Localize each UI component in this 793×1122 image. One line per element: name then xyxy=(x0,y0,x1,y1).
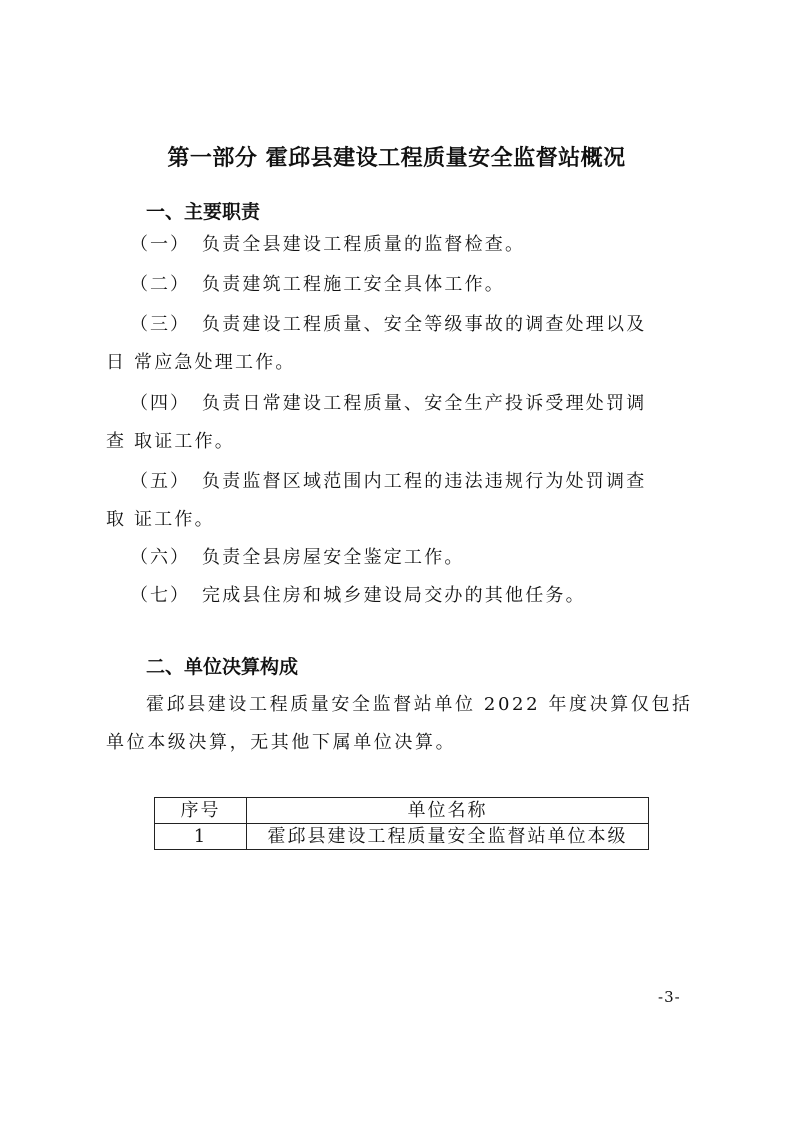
duty-item-6: （六）负责全县房屋安全鉴定工作。 xyxy=(130,543,465,573)
table-row: 1 霍邱县建设工程质量安全监督站单位本级 xyxy=(155,824,649,850)
duty-item-text: 负责全县房屋安全鉴定工作。 xyxy=(202,547,465,568)
section-heading-budget-composition: 二、单位决算构成 xyxy=(146,652,298,682)
page-number: -3- xyxy=(658,988,681,1006)
budget-paragraph-line-1: 霍邱县建设工程质量安全监督站单位 2022 年度决算仅包括 xyxy=(146,690,693,720)
duty-item-text: 负责监督区域范围内工程的违法违规行为处罚调查 xyxy=(202,471,646,492)
section-heading-main-duties: 一、主要职责 xyxy=(146,197,260,227)
duty-item-text: 负责全县建设工程质量的监督检查。 xyxy=(202,234,525,255)
duty-item-number: （二） xyxy=(130,270,202,300)
duty-item-7: （七）完成县住房和城乡建设局交办的其他任务。 xyxy=(130,581,586,611)
duty-item-5-continuation: 取证工作。 xyxy=(106,505,215,535)
column-header-index: 序号 xyxy=(155,798,247,824)
page-title: 第一部分 霍邱县建设工程质量安全监督站概况 xyxy=(0,142,793,176)
duty-item-number: （三） xyxy=(130,310,202,340)
duty-item-number: （五） xyxy=(130,467,202,497)
column-header-unit-name: 单位名称 xyxy=(247,798,649,824)
duty-item-number: （七） xyxy=(130,581,202,611)
duty-item-text: 完成县住房和城乡建设局交办的其他任务。 xyxy=(202,585,586,606)
units-table: 序号 单位名称 1 霍邱县建设工程质量安全监督站单位本级 xyxy=(154,797,649,850)
duty-item-4: （四）负责日常建设工程质量、安全生产投诉受理处罚调 xyxy=(130,389,646,419)
budget-paragraph-line-2: 单位本级决算，无其他下属单位决算。 xyxy=(106,728,456,758)
table-cell-unit-name: 霍邱县建设工程质量安全监督站单位本级 xyxy=(247,824,649,850)
duty-item-5: （五）负责监督区域范围内工程的违法违规行为处罚调查 xyxy=(130,467,646,497)
duty-item-4-continuation: 查取证工作。 xyxy=(106,427,235,457)
duty-item-3: （三）负责建设工程质量、安全等级事故的调查处理以及 xyxy=(130,310,646,340)
table-cell-index: 1 xyxy=(155,824,247,850)
table-header-row: 序号 单位名称 xyxy=(155,798,649,824)
duty-item-text: 负责建设工程质量、安全等级事故的调查处理以及 xyxy=(202,314,646,335)
duty-item-text: 负责建筑工程施工安全具体工作。 xyxy=(202,274,505,295)
duty-item-3-continuation: 日常应急处理工作。 xyxy=(106,348,296,378)
duty-item-1: （一）负责全县建设工程质量的监督检查。 xyxy=(130,230,525,260)
duty-item-number: （一） xyxy=(130,230,202,260)
duty-item-number: （六） xyxy=(130,543,202,573)
duty-item-number: （四） xyxy=(130,389,202,419)
duty-item-text: 负责日常建设工程质量、安全生产投诉受理处罚调 xyxy=(202,393,646,414)
duty-item-2: （二）负责建筑工程施工安全具体工作。 xyxy=(130,270,505,300)
